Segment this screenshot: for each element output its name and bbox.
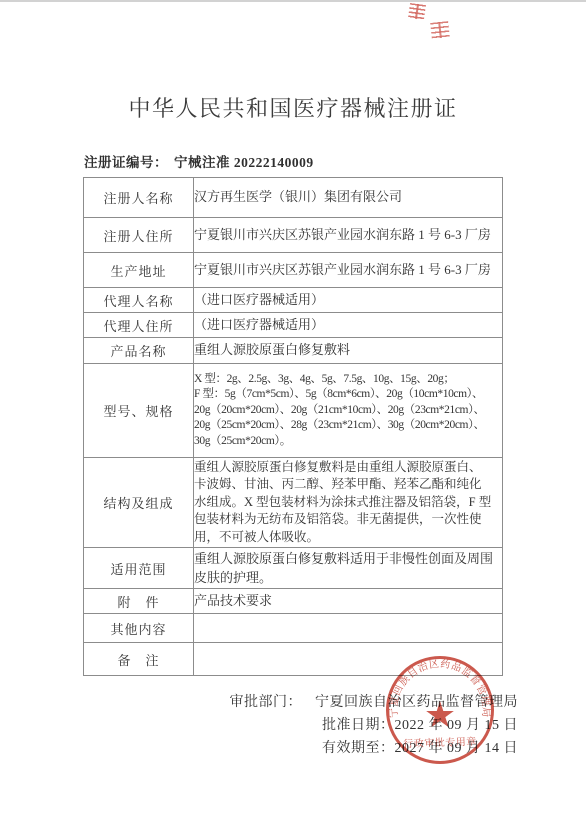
table-row: 注册人住所 宁夏银川市兴庆区苏银产业园水润东路 1 号 6-3 厂房 [84, 218, 503, 253]
valid-until-line: 有效期至：2027 年 09 月 14 日 [230, 737, 519, 760]
table-row: 其他内容 [84, 614, 503, 643]
approval-footer: 审批部门：宁夏回族自治区药品监督管理局 批准日期：2022 年 09 月 15 … [230, 691, 519, 760]
row-value: 宁夏银川市兴庆区苏银产业园水润东路 1 号 6-3 厂房 [194, 218, 503, 253]
row-value: （进口医疗器械适用） [194, 288, 503, 313]
table-row: 生产地址 宁夏银川市兴庆区苏银产业园水润东路 1 号 6-3 厂房 [84, 253, 503, 288]
valid-until-label: 有效期至： [322, 741, 395, 756]
approval-date-line: 批准日期：2022 年 09 月 15 日 [230, 714, 519, 737]
approval-dept-line: 审批部门：宁夏回族自治区药品监督管理局 [230, 691, 519, 714]
table-row: 代理人住所 （进口医疗器械适用） [84, 313, 503, 338]
table-row: 注册人名称 汉方再生医学（银川）集团有限公司 [84, 178, 503, 218]
stamp-fragment-icon [430, 21, 450, 39]
certificate-page: 中华人民共和国医疗器械注册证 注册证编号：宁械注准 20222140009 注册… [0, 0, 586, 816]
approval-date-value: 2022 年 09 月 15 日 [395, 718, 519, 733]
page-title: 中华人民共和国医疗器械注册证 [0, 92, 586, 123]
registration-number-value: 宁械注准 20222140009 [174, 155, 314, 170]
row-value [194, 643, 503, 676]
table-row: 适用范围 重组人源胶原蛋白修复敷料适用于非慢性创面及周围 皮肤的护理。 [84, 548, 503, 589]
valid-until-value: 2027 年 09 月 14 日 [395, 741, 519, 756]
row-value: 重组人源胶原蛋白修复敷料是由重组人源胶原蛋白、 卡波姆、甘油、丙二醇、羟苯甲酯、… [194, 458, 503, 548]
row-label: 注册人名称 [84, 178, 194, 218]
certificate-table: 注册人名称 汉方再生医学（银川）集团有限公司 注册人住所 宁夏银川市兴庆区苏银产… [83, 177, 503, 676]
registration-number: 注册证编号：宁械注准 20222140009 [84, 151, 314, 171]
row-value: （进口医疗器械适用） [194, 313, 503, 338]
row-value: 重组人源胶原蛋白修复敷料适用于非慢性创面及周围 皮肤的护理。 [194, 548, 503, 589]
scan-edge [0, 0, 586, 2]
row-label: 代理人名称 [84, 288, 194, 313]
table-row: 代理人名称 （进口医疗器械适用） [84, 288, 503, 313]
row-label: 注册人住所 [84, 218, 194, 253]
row-label: 其他内容 [84, 614, 194, 643]
row-value [194, 614, 503, 643]
row-label: 结构及组成 [84, 458, 194, 548]
row-value: 重组人源胶原蛋白修复敷料 [194, 338, 503, 364]
row-value: 产品技术要求 [194, 589, 503, 614]
table-row: 备 注 [84, 643, 503, 676]
table-row: 产品名称 重组人源胶原蛋白修复敷料 [84, 338, 503, 364]
approval-date-label: 批准日期： [322, 718, 395, 733]
row-value: 汉方再生医学（银川）集团有限公司 [194, 178, 503, 218]
row-value: 宁夏银川市兴庆区苏银产业园水润东路 1 号 6-3 厂房 [194, 253, 503, 288]
approval-dept-value: 宁夏回族自治区药品监督管理局 [315, 695, 518, 710]
table-row: 附 件 产品技术要求 [84, 589, 503, 614]
row-label: 代理人住所 [84, 313, 194, 338]
table-row: 结构及组成 重组人源胶原蛋白修复敷料是由重组人源胶原蛋白、 卡波姆、甘油、丙二醇… [84, 458, 503, 548]
row-value: X 型：2g、2.5g、3g、4g、5g、7.5g、10g、15g、20g； F… [194, 364, 503, 458]
table-row: 型号、规格 X 型：2g、2.5g、3g、4g、5g、7.5g、10g、15g、… [84, 364, 503, 458]
row-label: 产品名称 [84, 338, 194, 364]
stamp-fragment-icon [408, 3, 426, 20]
row-label: 生产地址 [84, 253, 194, 288]
row-label: 附 件 [84, 589, 194, 614]
row-label: 型号、规格 [84, 364, 194, 458]
approval-dept-label: 审批部门： [230, 695, 303, 710]
row-label: 备 注 [84, 643, 194, 676]
registration-number-label: 注册证编号： [84, 155, 168, 170]
row-label: 适用范围 [84, 548, 194, 589]
